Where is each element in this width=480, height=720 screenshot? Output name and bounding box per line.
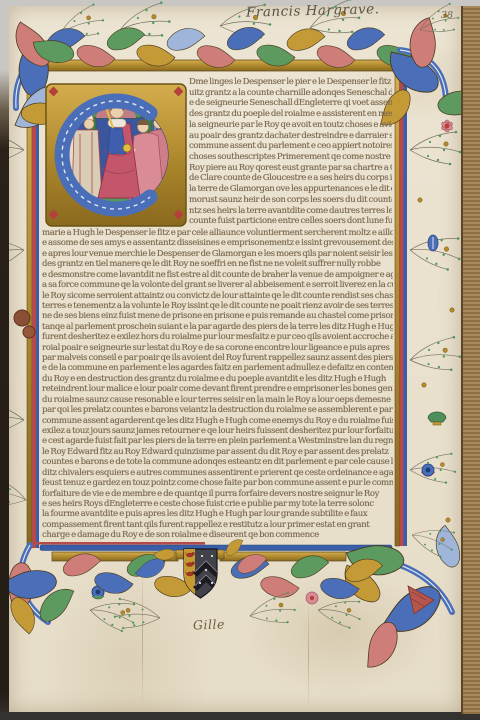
text-line: exilez a touz jours saunz james retourne… [42,426,393,436]
text-line: reteindrent lour malice e lour poair com… [42,384,393,394]
text-line: la seigneurie par le Roy qe avoit en tou… [189,120,392,131]
text-line: la terre de Glamorgan ove les appurtenan… [189,184,392,195]
text-line: a sa force commune qe la volonte del gra… [42,280,393,290]
text-line: compassement firent tant qils furent rap… [42,520,393,530]
text-block-beside-initial: Dme linges le Despenser le pier e le Des… [189,77,392,227]
photo-bottom-band [0,712,480,720]
flower-blue-pod [428,235,438,251]
text-line: countes e barons e de tote la commune ad… [42,457,393,467]
text-line: de Clare counte de Gloucestre e a ses he… [189,173,392,184]
text-line: par malveis conseil e par poair qe ils a… [42,353,393,363]
text-line: marie a Hugh le Despenser le fitz e par … [42,228,393,238]
manuscript-photo: Francis Hargrave. 38 Gille Dme linges le… [0,0,480,720]
text-line: forfaiture de vie e de membre e de quant… [42,489,393,499]
text-line: du Roy e en destruction des grantz du ro… [42,374,393,384]
text-line: des grantz en tiel manere qe le dit Roy … [42,259,393,269]
text-line: e ses heirs Roys dEngleterre e ceste cho… [42,499,393,509]
text-line: ne de ses biens einz fuist mene de priso… [42,311,393,321]
text-line: furent desheritez e exilez hors du roial… [42,332,393,342]
flower-pink [440,120,453,132]
text-line: ditz chivalers esquiers e autres commune… [42,468,393,478]
text-line: le Roy Edward fitz au Roy Edward quinzis… [42,447,393,457]
text-line: e de la commune en parlement e les agard… [42,363,393,373]
text-line: au poair des grantz dachater destreindre… [189,131,392,142]
text-line: e de seigneurie Seneschall dEngleterre q… [189,98,392,109]
text-line: roial poair e seigneurie sur lestat du R… [42,343,393,353]
text-line: morust saunz heir de son corps les soers… [189,195,392,206]
text-line: commune assent du parlement e ceo appier… [189,141,392,152]
text-line: par qoi les prelatz countes e barons vei… [42,405,393,415]
text-line: e desmonstre come lavantdit ne fist estr… [42,270,393,280]
text-line: du roialme saunz cause resonable e lour … [42,395,393,405]
text-line: charge e damage du Roy e de son roialme … [42,530,319,540]
book-fore-edge [461,6,480,714]
text-line: e apres lour venue merchie le Despenser … [42,249,393,259]
illuminated-initial [46,84,186,226]
text-line: le Roy sicome serroient attaintz ou conv… [42,291,393,301]
arms-caption: Gille [193,616,225,632]
photo-gutter-shadow [0,0,9,720]
text-block-full-width: marie a Hugh le Despenser le fitz e par … [42,228,393,541]
text-line: Dme linges le Despenser le pier e le Des… [189,77,392,88]
text-line: des grantz du poeple del roialme e assis… [189,109,392,120]
flower-blue-disc [421,464,435,477]
text-line: choses southescriptes Primerement qe com… [189,152,392,163]
flower-pink [306,592,318,604]
text-line: Roy piere au Roy qorest eust grante par … [189,163,392,174]
folio-number: 38 [441,10,453,21]
text-line: tanqe al parlement proschein suiant e la… [42,322,393,332]
text-line: feust tenuz e gardez en touz pointz come… [42,478,393,488]
flower-green-cap [428,412,446,425]
text-line: e assome de ses amys e assentantz dissei… [42,238,393,248]
text-line: la fourme avantdite e puis apres les dit… [42,509,393,519]
text-line: e cest agarde fuist fait par les piers d… [42,436,393,446]
text-line: uitz grantz a la counte charnille adonqe… [189,88,392,99]
text-line: counte fuist particione entre celles soe… [189,216,392,227]
text-line: ntz ses heirs la terre avantdite come da… [189,206,392,217]
text-line: terres e tenementz a la volunte le Roy i… [42,301,393,311]
text-line: commune assent agarderent qe les ditz Hu… [42,416,393,426]
